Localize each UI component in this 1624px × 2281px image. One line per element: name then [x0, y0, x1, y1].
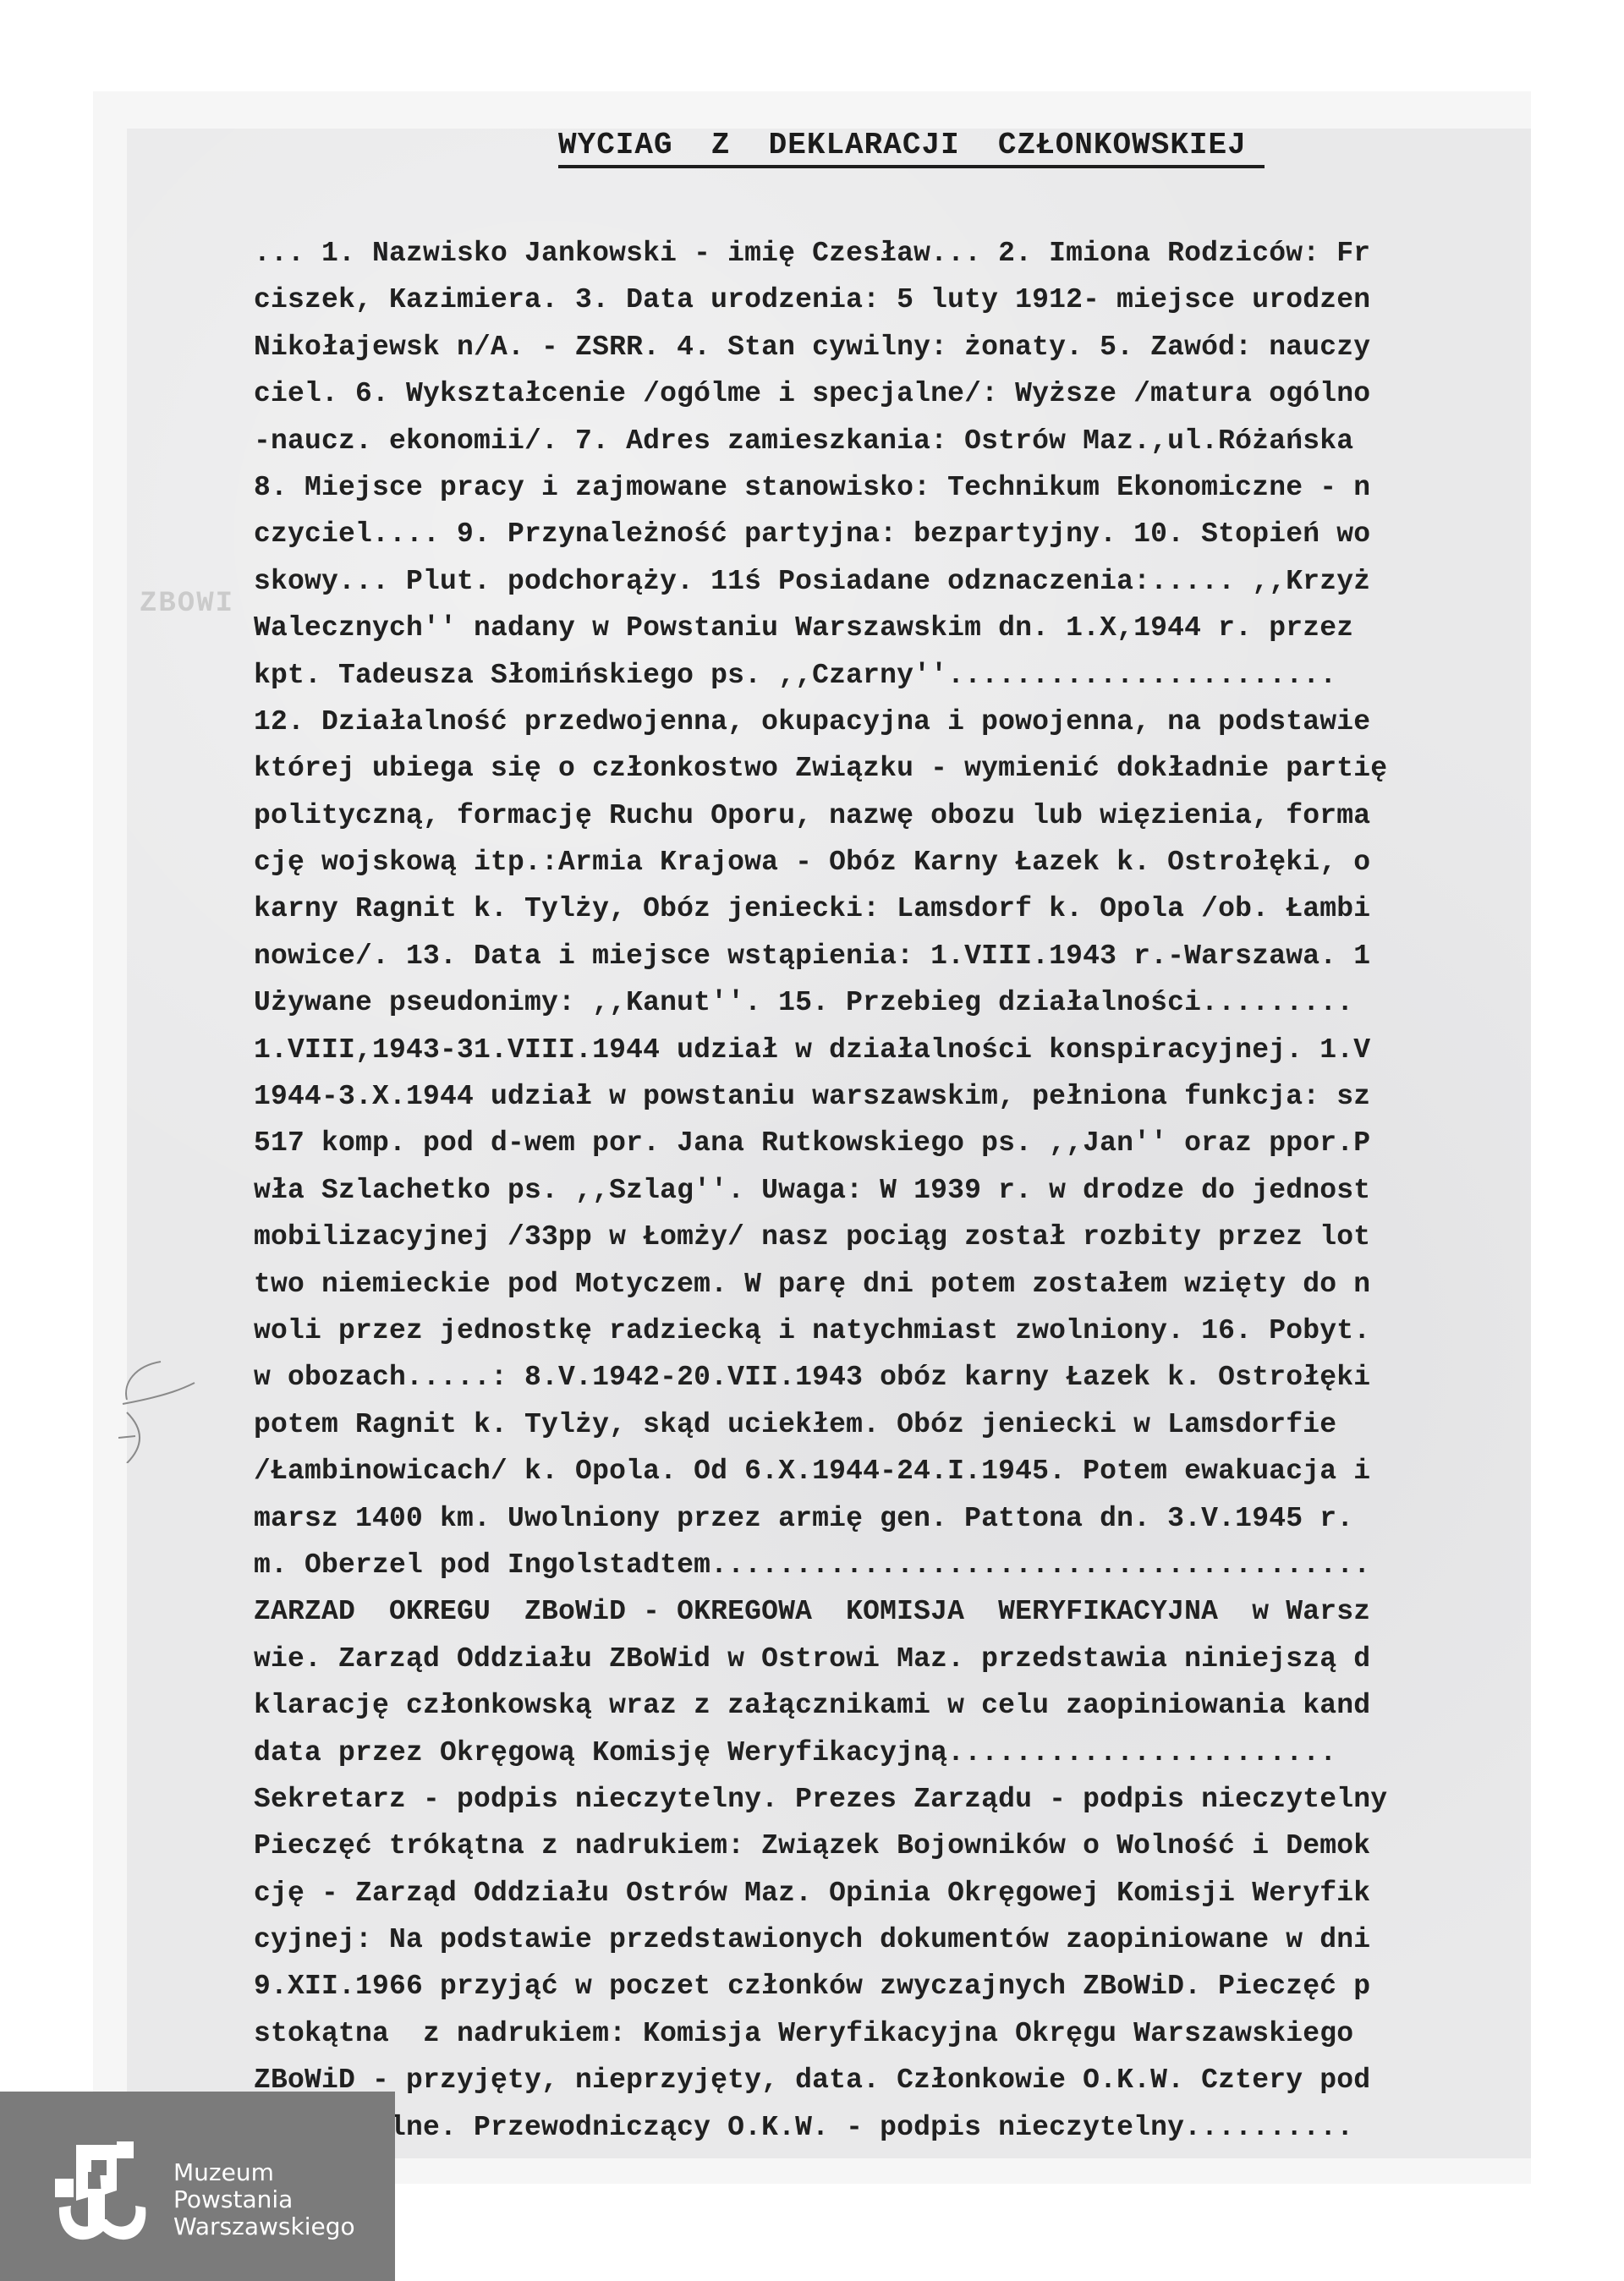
document-line: 9.XII.1966 przyjąć w poczet członków zwy…	[254, 1963, 1531, 2010]
document-line: cję wojskową itp.:Armia Krajowa - Obóz K…	[254, 839, 1531, 886]
document-line: /Łambinowicach/ k. Opola. Od 6.X.1944-24…	[254, 1448, 1531, 1494]
document-line: ciel. 6. Wykształcenie /ogólme i specjal…	[254, 370, 1531, 417]
document-line: Walecznych'' nadany w Powstaniu Warszaws…	[254, 605, 1531, 651]
document-line: 517 komp. pod d-wem por. Jana Rutkowskie…	[254, 1120, 1531, 1166]
document-line: Nikołajewsk n/A. - ZSRR. 4. Stan cywilny…	[254, 324, 1531, 370]
document-line: polityczną, formację Ruchu Oporu, nazwę …	[254, 792, 1531, 839]
document-line: cję - Zarząd Oddziału Ostrów Maz. Opinia…	[254, 1870, 1531, 1916]
document-line: wła Szlachetko ps. ,,Szlag''. Uwaga: W 1…	[254, 1167, 1531, 1214]
document-title: WYCIAG Z DEKLARACJI CZŁONKOWSKIEJ	[558, 127, 1269, 164]
document-line: marsz 1400 km. Uwolniony przez armię gen…	[254, 1495, 1531, 1542]
document-body: ... 1. Nazwisko Jankowski - imię Czesław…	[254, 230, 1531, 2151]
document-line: cyjnej: Na podstawie przedstawionych dok…	[254, 1916, 1531, 1963]
document-line: Sekretarz - podpis nieczytelny. Prezes Z…	[254, 1776, 1531, 1823]
document-line: mobilizacyjnej /33pp w Łomży/ nasz pocią…	[254, 1214, 1531, 1260]
document-line: klarację członkowską wraz z załącznikami…	[254, 1682, 1531, 1729]
document-line: 12. Działalność przedwojenna, okupacyjna…	[254, 699, 1531, 745]
document-line: ZARZAD OKREGU ZBoWiD - OKREGOWA KOMISJA …	[254, 1588, 1531, 1635]
document-line: nieczytelne. Przewodniczący O.K.W. - pod…	[254, 2104, 1531, 2151]
museum-name-line-1: Muzeum	[173, 2159, 355, 2186]
pw-anchor-logo-icon	[51, 2138, 161, 2248]
museum-watermark: Muzeum Powstania Warszawskiego	[0, 2092, 395, 2281]
document-line: m. Oberzel pod Ingolstadtem.............…	[254, 1542, 1531, 1588]
stamp-ghost: ZBOWI	[140, 588, 234, 620]
document-line: wie. Zarząd Oddziału ZBoWid w Ostrowi Ma…	[254, 1636, 1531, 1682]
museum-name: Muzeum Powstania Warszawskiego	[173, 2159, 355, 2240]
document-line: skowy... Plut. podchorąży. 11ś Posiadane…	[254, 558, 1531, 605]
document-line: stokątna z nadrukiem: Komisja Weryfikacy…	[254, 2010, 1531, 2057]
document-line: -naucz. ekonomii/. 7. Adres zamieszkania…	[254, 418, 1531, 464]
document-line: czyciel.... 9. Przynależność partyjna: b…	[254, 511, 1531, 557]
title-underline	[558, 165, 1265, 168]
document-line: kpt. Tadeusza Słomińskiego ps. ,,Czarny'…	[254, 652, 1531, 699]
document-line: potem Ragnit k. Tylży, skąd uciekłem. Ob…	[254, 1401, 1531, 1448]
document-line: Pieczęć trókątna z nadrukiem: Związek Bo…	[254, 1823, 1531, 1869]
document-line: 1944-3.X.1944 udział w powstaniu warszaw…	[254, 1073, 1531, 1120]
document-line: ... 1. Nazwisko Jankowski - imię Czesław…	[254, 230, 1531, 277]
document-line: data przez Okręgową Komisję Weryfikacyjn…	[254, 1730, 1531, 1776]
document-line: w obozach.....: 8.V.1942-20.VII.1943 obó…	[254, 1354, 1531, 1401]
document-line: której ubiega się o członkostwo Związku …	[254, 745, 1531, 792]
museum-name-line-3: Warszawskiego	[173, 2213, 355, 2240]
document-line: ZBoWiD - przyjęty, nieprzyjęty, data. Cz…	[254, 2057, 1531, 2103]
document-line: two niemieckie pod Motyczem. W parę dni …	[254, 1261, 1531, 1308]
pencil-mark-icon	[118, 1336, 220, 1463]
document-line: karny Ragnit k. Tylży, Obóz jeniecki: La…	[254, 886, 1531, 932]
document-line: Używane pseudonimy: ,,Kanut''. 15. Przeb…	[254, 979, 1531, 1026]
document-line: ciszek, Kazimiera. 3. Data urodzenia: 5 …	[254, 277, 1531, 323]
document-line: nowice/. 13. Data i miejsce wstąpienia: …	[254, 933, 1531, 979]
museum-name-line-2: Powstania	[173, 2186, 355, 2213]
document-line: 8. Miejsce pracy i zajmowane stanowisko:…	[254, 464, 1531, 511]
document-line: 1.VIII,1943-31.VIII.1944 udział w działa…	[254, 1027, 1531, 1073]
document-line: woli przez jednostkę radziecką i natychm…	[254, 1308, 1531, 1354]
